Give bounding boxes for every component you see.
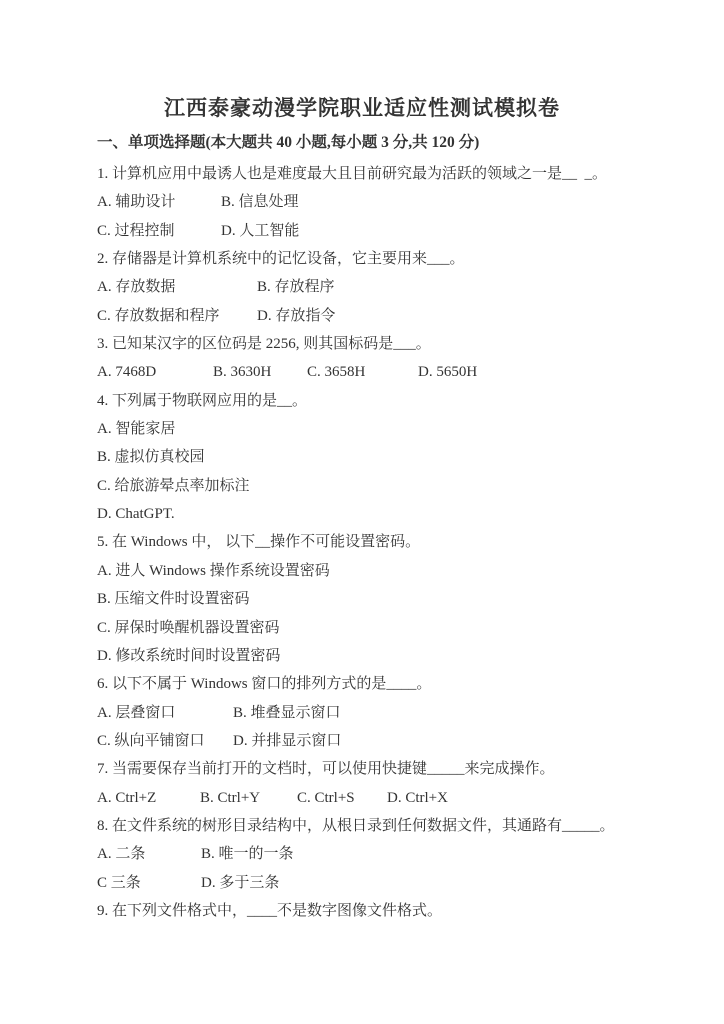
- option-d: D. 人工智能: [221, 217, 299, 245]
- option-b: B. 唯一的一条: [201, 840, 294, 868]
- option-row: D. 修改系统时间时设置密码: [97, 642, 664, 670]
- option-b: B. 压缩文件时设置密码: [97, 585, 250, 613]
- question-block: 7. 当需要保存当前打开的文档时，可以使用快捷键_____来完成操作。A. Ct…: [97, 755, 664, 812]
- question-stem: 7. 当需要保存当前打开的文档时，可以使用快捷键_____来完成操作。: [97, 755, 664, 783]
- option-b: B. 信息处理: [221, 188, 299, 216]
- question-stem: 9. 在下列文件格式中，____不是数字图像文件格式。: [97, 897, 664, 925]
- option-d: D. 并排显示窗口: [233, 727, 341, 755]
- option-row: D. ChatGPT.: [97, 500, 664, 528]
- option-a: A. 智能家居: [97, 415, 175, 443]
- option-c: C. 屏保时唤醒机器设置密码: [97, 614, 280, 642]
- option-row: A. 层叠窗口B. 堆叠显示窗口: [97, 699, 664, 727]
- option-b: B. 虚拟仿真校园: [97, 443, 205, 471]
- option-b: B. 存放程序: [257, 273, 335, 301]
- question-block: 5. 在 Windows 中， 以下__操作不可能设置密码。A. 进人 Wind…: [97, 528, 664, 670]
- exam-document-page: 江西泰豪动漫学院职业适应性测试模拟卷 一、单项选择题(本大题共 40 小题,每小…: [0, 0, 724, 1024]
- option-row: A. 智能家居: [97, 415, 664, 443]
- option-row: A. 二条B. 唯一的一条: [97, 840, 664, 868]
- option-c: C. 纵向平铺窗口: [97, 727, 233, 755]
- option-row: C. 存放数据和程序D. 存放指令: [97, 302, 664, 330]
- option-a: A. Ctrl+Z: [97, 784, 200, 812]
- question-block: 6. 以下不属于 Windows 窗口的排列方式的是____。A. 层叠窗口B.…: [97, 670, 664, 755]
- option-d: D. Ctrl+X: [387, 784, 448, 812]
- question-block: 3. 已知某汉字的区位码是 2256, 则其国标码是___。A. 7468DB.…: [97, 330, 664, 387]
- option-c: C. 存放数据和程序: [97, 302, 257, 330]
- option-c: C. Ctrl+S: [297, 784, 387, 812]
- question-block: 4. 下列属于物联网应用的是__。A. 智能家居B. 虚拟仿真校园C. 给旅游晕…: [97, 387, 664, 529]
- option-b: B. Ctrl+Y: [200, 784, 297, 812]
- option-row: B. 虚拟仿真校园: [97, 443, 664, 471]
- question-block: 8. 在文件系统的树形目录结构中，从根日录到任何数据文件，其通路有_____。A…: [97, 812, 664, 897]
- option-row: C. 给旅游晕点率加标注: [97, 472, 664, 500]
- option-a: A. 7468D: [97, 358, 213, 386]
- option-row: C. 过程控制D. 人工智能: [97, 217, 664, 245]
- option-b: B. 3630H: [213, 358, 307, 386]
- option-a: A. 层叠窗口: [97, 699, 233, 727]
- option-a: A. 辅助设计: [97, 188, 221, 216]
- option-row: A. 7468DB. 3630HC. 3658HD. 5650H: [97, 358, 664, 386]
- question-stem: 8. 在文件系统的树形目录结构中，从根日录到任何数据文件，其通路有_____。: [97, 812, 664, 840]
- option-row: C. 屏保时唤醒机器设置密码: [97, 614, 664, 642]
- option-row: C. 纵向平铺窗口D. 并排显示窗口: [97, 727, 664, 755]
- option-c: C. 过程控制: [97, 217, 221, 245]
- question-block: 9. 在下列文件格式中，____不是数字图像文件格式。: [97, 897, 664, 925]
- option-a: A. 二条: [97, 840, 201, 868]
- question-stem: 2. 存储器是计算机系统中的记忆设备，它主要用来___。: [97, 245, 664, 273]
- question-block: 2. 存储器是计算机系统中的记忆设备，它主要用来___。A. 存放数据B. 存放…: [97, 245, 664, 330]
- option-row: A. 进人 Windows 操作系统设置密码: [97, 557, 664, 585]
- option-row: A. 存放数据B. 存放程序: [97, 273, 664, 301]
- option-a: A. 存放数据: [97, 273, 257, 301]
- option-d: D. 5650H: [418, 358, 477, 386]
- option-c: C. 给旅游晕点率加标注: [97, 472, 250, 500]
- section-heading: 一、单项选择题(本大题共 40 小题,每小题 3 分,共 120 分): [97, 130, 664, 160]
- question-stem: 3. 已知某汉字的区位码是 2256, 则其国标码是___。: [97, 330, 664, 358]
- question-stem: 4. 下列属于物联网应用的是__。: [97, 387, 664, 415]
- question-block: 1. 计算机应用中最诱人也是难度最大且目前研究最为活跃的领域之一是__ _。A.…: [97, 160, 664, 245]
- question-stem: 1. 计算机应用中最诱人也是难度最大且目前研究最为活跃的领域之一是__ _。: [97, 160, 664, 188]
- option-row: A. Ctrl+ZB. Ctrl+YC. Ctrl+SD. Ctrl+X: [97, 784, 664, 812]
- option-b: B. 堆叠显示窗口: [233, 699, 341, 727]
- option-d: D. 多于三条: [201, 869, 279, 897]
- option-d: D. 存放指令: [257, 302, 335, 330]
- option-a: A. 进人 Windows 操作系统设置密码: [97, 557, 330, 585]
- page-title: 江西泰豪动漫学院职业适应性测试模拟卷: [0, 92, 724, 122]
- option-row: C 三条D. 多于三条: [97, 869, 664, 897]
- question-stem: 5. 在 Windows 中， 以下__操作不可能设置密码。: [97, 528, 664, 556]
- option-d: D. 修改系统时间时设置密码: [97, 642, 280, 670]
- option-c: C 三条: [97, 869, 201, 897]
- question-stem: 6. 以下不属于 Windows 窗口的排列方式的是____。: [97, 670, 664, 698]
- option-row: A. 辅助设计B. 信息处理: [97, 188, 664, 216]
- option-c: C. 3658H: [307, 358, 418, 386]
- option-row: B. 压缩文件时设置密码: [97, 585, 664, 613]
- option-d: D. ChatGPT.: [97, 500, 175, 528]
- document-content: 一、单项选择题(本大题共 40 小题,每小题 3 分,共 120 分) 1. 计…: [97, 130, 664, 925]
- question-list: 1. 计算机应用中最诱人也是难度最大且目前研究最为活跃的领域之一是__ _。A.…: [97, 160, 664, 925]
